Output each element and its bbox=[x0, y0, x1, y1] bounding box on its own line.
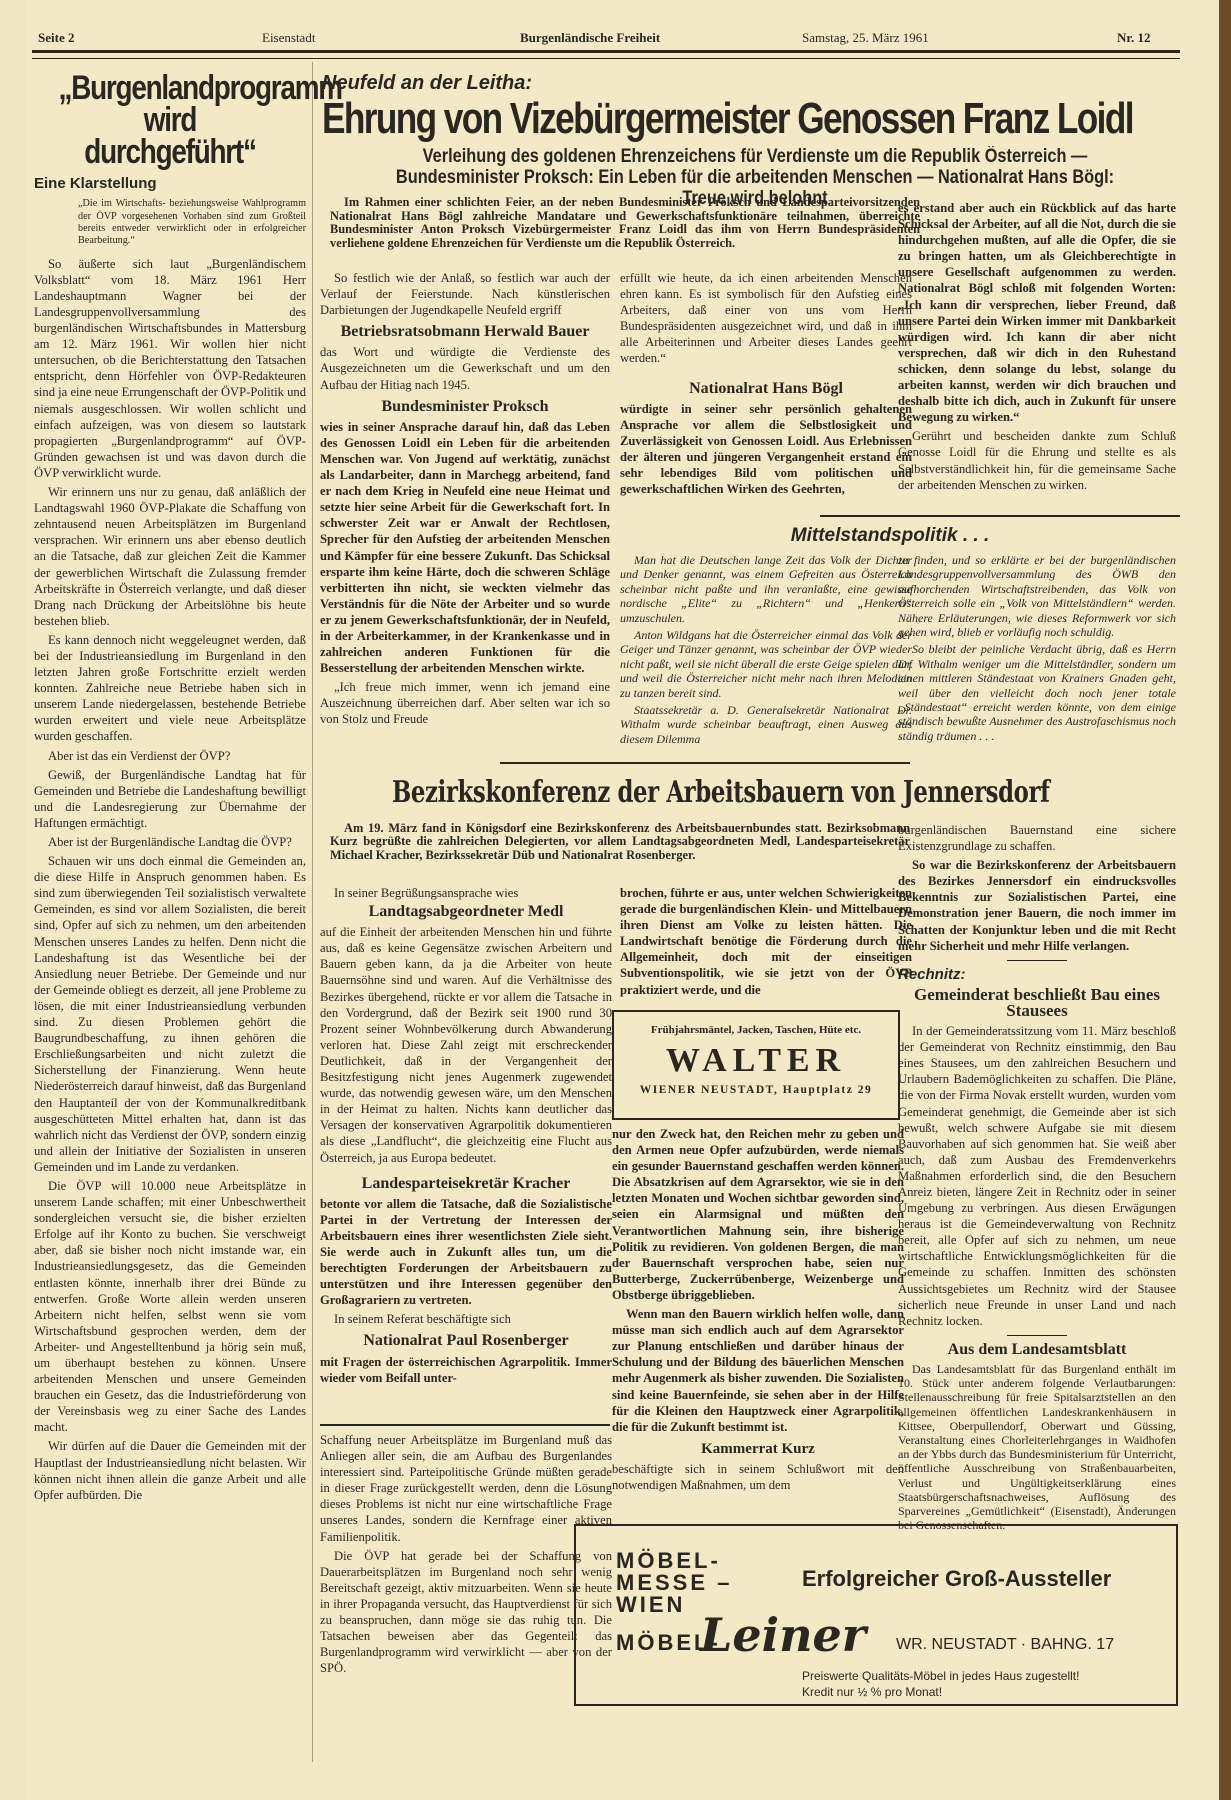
left-subtitle: Eine Klarstellung bbox=[34, 176, 306, 192]
loidl-col-2: erfüllt wie heute, da ich einen arbeiten… bbox=[620, 270, 912, 500]
paragraph: So festlich wie der Anlaß, so festlich w… bbox=[320, 270, 610, 318]
leiner-ad: MÖBEL- MESSE – WIEN Erfolgreicher Groß-A… bbox=[574, 1524, 1178, 1706]
walter-ad-products: Frühjahrsmäntel, Jacken, Taschen, Hüte e… bbox=[614, 1024, 898, 1036]
walter-ad-name: WALTER bbox=[614, 1042, 898, 1080]
paragraph: Aber ist das ein Verdienst der ÖVP? bbox=[34, 748, 306, 764]
lead-paragraph: Im Rahmen einer schlichten Feier, an der… bbox=[330, 196, 920, 250]
masthead-rule bbox=[32, 50, 1180, 59]
subhead-bauer: Betriebsratsobmann Herwald Bauer bbox=[320, 324, 610, 340]
bezirk-col-3: burgenländischen Bauernstand eine sicher… bbox=[898, 822, 1176, 1535]
loidl-kicker: Neufeld an der Leitha: bbox=[322, 72, 532, 95]
moebel-messe: MÖBEL- MESSE – WIEN bbox=[616, 1550, 732, 1616]
loidl-lead: Im Rahmen einer schlichten Feier, an der… bbox=[330, 196, 920, 253]
issue-date: Samstag, 25. März 1961 bbox=[802, 30, 929, 46]
subhead-rosenberger: Nationalrat Paul Rosenberger bbox=[320, 1333, 612, 1349]
paragraph: In seiner Begrüßungsansprache wies bbox=[320, 885, 612, 901]
messe-line: MESSE – bbox=[616, 1572, 732, 1594]
page-edge bbox=[1219, 0, 1231, 1800]
paragraph: „Ich freue mich immer, wenn ich jemand e… bbox=[320, 679, 610, 727]
leiner-credit-line: Kredit nur ½ % pro Monat! bbox=[802, 1684, 1079, 1700]
column-divider bbox=[312, 62, 313, 1762]
paragraph: Die ÖVP will 10.000 neue Arbeitsplätze i… bbox=[34, 1178, 306, 1436]
paragraph: Das Landesamtsblatt für das Burgenland e… bbox=[898, 1362, 1176, 1532]
paragraph: Wenn man den Bauern wirklich helfen woll… bbox=[612, 1306, 904, 1435]
mittelstand-title: Mittelstandspolitik . . . bbox=[620, 525, 1160, 547]
page-margin bbox=[0, 0, 26, 1800]
mittelstand-col-2: zu finden, und so erklärte er bei der bu… bbox=[898, 553, 1176, 746]
bezirk-headline: Bezirkskonferenz der Arbeitsbauern von J… bbox=[392, 775, 1050, 810]
paragraph: Wir erinnern uns nur zu genau, daß anläß… bbox=[34, 484, 306, 629]
bezirk-col-2: brochen, führte er aus, unter welchen Sc… bbox=[620, 885, 912, 1001]
paragraph: Es kann dennoch nicht weggeleugnet werde… bbox=[34, 632, 306, 745]
divider-rule bbox=[500, 762, 910, 764]
walter-ad: Frühjahrsmäntel, Jacken, Taschen, Hüte e… bbox=[612, 1010, 900, 1120]
masthead: Seite 2 Eisenstadt Burgenländische Freih… bbox=[32, 30, 1180, 50]
paper-title: Burgenländische Freiheit bbox=[520, 30, 660, 46]
subhead-kracher: Landesparteisekretär Kracher bbox=[320, 1176, 612, 1192]
paragraph: Anton Wildgans hat die Österreicher einm… bbox=[620, 628, 912, 700]
messe-line: MÖBEL- bbox=[616, 1550, 732, 1572]
loidl-headline: Ehrung von Vizebürgermeister Genossen Fr… bbox=[322, 94, 1133, 144]
paragraph: Schaffung neuer Arbeitsplätze im Burgenl… bbox=[320, 1432, 612, 1545]
left-headline: „Burgenlandprogramm wird durchgeführt“ bbox=[58, 72, 281, 168]
paragraph: das Wort und würdigte die Verdienste des… bbox=[320, 344, 610, 392]
newspaper-page: Seite 2 Eisenstadt Burgenländische Freih… bbox=[0, 0, 1231, 1800]
paragraph: Aber ist der Burgenländische Landtag die… bbox=[34, 834, 306, 850]
place-name: Eisenstadt bbox=[262, 30, 315, 46]
paragraph: brochen, führte er aus, unter welchen Sc… bbox=[620, 885, 912, 998]
paragraph: betonte vor allem die Tatsache, daß die … bbox=[320, 1196, 612, 1309]
paragraph: Gerührt und bescheiden dankte zum Schluß… bbox=[898, 428, 1176, 492]
paragraph: würdigte in seiner sehr persönlich gehal… bbox=[620, 401, 912, 498]
paragraph: auf die Einheit der arbeitenden Menschen… bbox=[320, 924, 612, 1165]
paragraph: erfüllt wie heute, da ich einen arbeiten… bbox=[620, 270, 912, 367]
bezirk-col-1: In seiner Begrüßungsansprache wies Landt… bbox=[320, 885, 612, 1389]
page-number: Seite 2 bbox=[38, 30, 74, 46]
paragraph: In seinem Referat beschäftigte sich bbox=[320, 1311, 612, 1327]
rechnitz-headline: Gemeinderat beschließt Bau eines Stausee… bbox=[898, 987, 1176, 1019]
divider-rule bbox=[820, 515, 1180, 517]
left-article-continuation: Schaffung neuer Arbeitsplätze im Burgenl… bbox=[320, 1432, 612, 1679]
paragraph: So äußerte sich laut „Burgenländischem V… bbox=[34, 256, 306, 481]
left-article: „Burgenlandprogramm wird durchgeführt“ E… bbox=[34, 72, 306, 1506]
subhead-kurz: Kammerrat Kurz bbox=[612, 1441, 904, 1457]
divider-rule bbox=[1007, 960, 1067, 961]
paragraph: Schauen wir uns doch einmal die Gemeinde… bbox=[34, 853, 306, 1175]
paragraph: zu finden, und so erklärte er bei der bu… bbox=[898, 553, 1176, 639]
subhead-proksch: Bundesminister Proksch bbox=[320, 399, 610, 415]
paragraph: Wir dürfen auf die Dauer die Gemeinden m… bbox=[34, 1438, 306, 1502]
leiner-slogan: Erfolgreicher Groß-Aussteller bbox=[802, 1566, 1111, 1592]
issue-number: Nr. 12 bbox=[1117, 30, 1150, 46]
paragraph: Man hat die Deutschen lange Zeit das Vol… bbox=[620, 553, 912, 625]
lead-paragraph: Am 19. März fand in Königsdorf eine Bezi… bbox=[330, 822, 910, 862]
paragraph: nur den Zweck hat, den Reichen mehr zu g… bbox=[612, 1126, 904, 1303]
loidl-col-1: So festlich wie der Anlaß, so festlich w… bbox=[320, 270, 610, 731]
paragraph: Staatssekretär a. D. Generalsekretär Nat… bbox=[620, 703, 912, 746]
bezirk-col-2b: nur den Zweck hat, den Reichen mehr zu g… bbox=[612, 1126, 904, 1496]
divider-rule bbox=[320, 1424, 610, 1426]
paragraph: beschäftigte sich in seinem Schlußwort m… bbox=[612, 1461, 904, 1493]
paragraph: Gewiß, der Burgenländische Landtag hat f… bbox=[34, 767, 306, 831]
leiner-offer: Preiswerte Qualitäts-Möbel in jedes Haus… bbox=[802, 1668, 1079, 1700]
landesamtsblatt-headline: Aus dem Landesamtsblatt bbox=[898, 1342, 1176, 1358]
paragraph: es erstand aber auch ein Rückblick auf d… bbox=[898, 200, 1176, 425]
paragraph: So war die Bezirkskonferenz der Arbeitsb… bbox=[898, 857, 1176, 954]
left-quote: „Die im Wirtschafts- beziehungsweise Wah… bbox=[78, 198, 306, 248]
paragraph: In der Gemeinderatssitzung vom 11. März … bbox=[898, 1023, 1176, 1329]
leiner-logo: Leiner bbox=[700, 1608, 866, 1662]
subhead-medl: Landtagsabgeordneter Medl bbox=[320, 904, 612, 920]
divider-rule bbox=[1007, 1335, 1067, 1336]
walter-ad-address: WIENER NEUSTADT, Hauptplatz 29 bbox=[614, 1084, 898, 1096]
leiner-offer-line: Preiswerte Qualitäts-Möbel in jedes Haus… bbox=[802, 1668, 1079, 1684]
subhead-boegl: Nationalrat Hans Bögl bbox=[620, 381, 912, 397]
rechnitz-kicker: Rechnitz: bbox=[898, 967, 1176, 983]
paragraph: wies in seiner Ansprache darauf hin, daß… bbox=[320, 419, 610, 677]
loidl-col-3: es erstand aber auch ein Rückblick auf d… bbox=[898, 200, 1176, 496]
paragraph: burgenländischen Bauernstand eine sicher… bbox=[898, 822, 1176, 854]
bezirk-lead: Am 19. März fand in Königsdorf eine Bezi… bbox=[330, 822, 910, 865]
paragraph: So bleibt der peinliche Verdacht übrig, … bbox=[898, 642, 1176, 743]
paragraph: Die ÖVP hat gerade bei der Schaffung von… bbox=[320, 1548, 612, 1677]
leiner-address: WR. NEUSTADT · BAHNG. 17 bbox=[896, 1636, 1114, 1654]
mittelstand-col-1: Man hat die Deutschen lange Zeit das Vol… bbox=[620, 553, 912, 749]
paragraph: mit Fragen der österreichischen Agrarpol… bbox=[320, 1354, 612, 1386]
